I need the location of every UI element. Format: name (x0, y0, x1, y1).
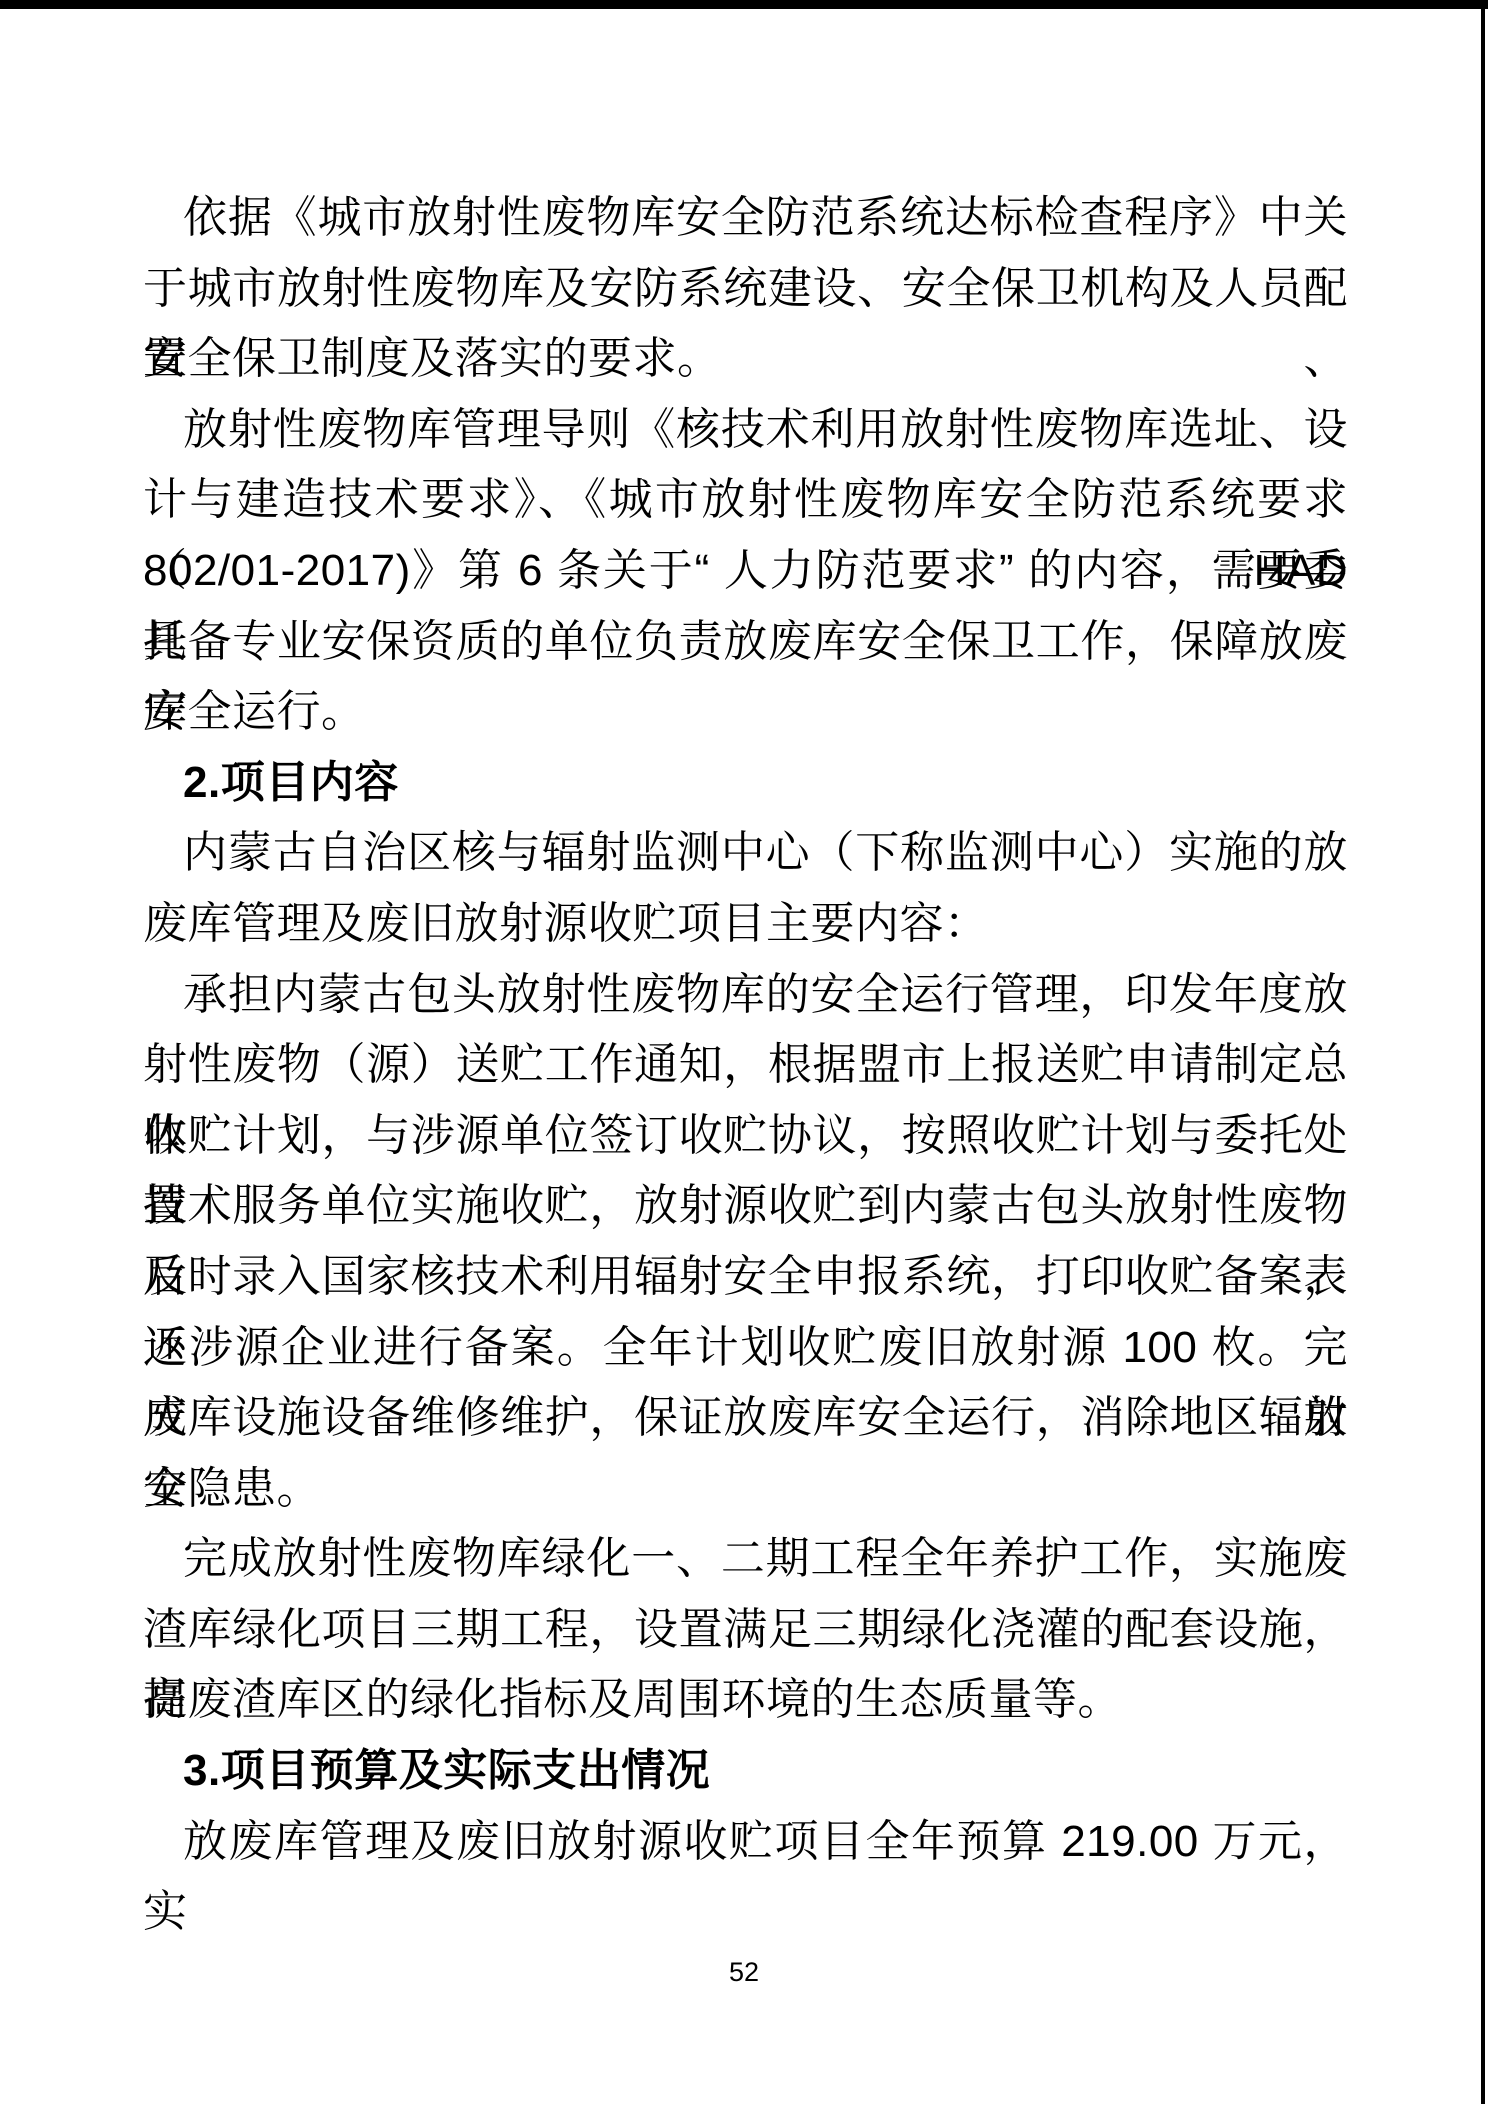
text-line: 放废库管理及废旧放射源收贮项目全年预算 219.00 万元，实 (143, 1807, 1348, 1878)
text-line: 安全运行。 (143, 677, 1348, 748)
page-right-border (1481, 0, 1485, 2104)
heading-line: 2.项目内容 (143, 748, 1348, 819)
text-line: 依据《城市放射性废物库安全防范系统达标检查程序》中关 (143, 183, 1348, 254)
text-block: 依据《城市放射性废物库安全防范系统达标检查程序》中关于城市放射性废物库及安防系统… (143, 183, 1348, 1877)
text-line: 具备专业安保资质的单位负责放废库安全保卫工作，保障放废库 (143, 607, 1348, 678)
text-line: 渣库绿化项目三期工程，设置满足三期绿化浇灌的配套设施，提 (143, 1595, 1348, 1666)
text-line: 全隐患。 (143, 1454, 1348, 1525)
text-line: 内蒙古自治区核与辐射监测中心（下称监测中心）实施的放 (143, 818, 1348, 889)
text-line: 完成放射性废物库绿化一、二期工程全年养护工作，实施废 (143, 1524, 1348, 1595)
text-line: 及时录入国家核技术利用辐射安全申报系统，打印收贮备案表返 (143, 1242, 1348, 1313)
page-top-border (0, 0, 1488, 9)
text-line: 于城市放射性废物库及安防系统建设、安全保卫机构及人员配置、 (143, 254, 1348, 325)
text-line: 承担内蒙古包头放射性废物库的安全运行管理，印发年度放 (143, 960, 1348, 1031)
text-line: 计与建造技术要求》、《城市放射性废物库安全防范系统要求（HAD (143, 465, 1348, 536)
text-line: 技术服务单位实施收贮，放射源收贮到内蒙古包头放射性废物后， (143, 1171, 1348, 1242)
text-line: 废库设施设备维修维护，保证放废库安全运行，消除地区辐射安 (143, 1383, 1348, 1454)
text-line: 收贮计划，与涉源单位签订收贮协议，按照收贮计划与委托处置 (143, 1101, 1348, 1172)
text-line: 802/01-2017)》第 6 条关于“ 人力防范要求” 的内容，需要委托 (143, 536, 1348, 607)
text-line: 还涉源企业进行备案。全年计划收贮废旧放射源 100 枚。完成放 (143, 1313, 1348, 1384)
text-line: 高废渣库区的绿化指标及周围环境的生态质量等。 (143, 1665, 1348, 1736)
text-line: 射性废物（源）送贮工作通知，根据盟市上报送贮申请制定总体 (143, 1030, 1348, 1101)
page-number: 52 (0, 1956, 1488, 1988)
heading-line: 3.项目预算及实际支出情况 (143, 1736, 1348, 1807)
text-line: 放射性废物库管理导则《核技术利用放射性废物库选址、设 (143, 395, 1348, 466)
text-line: 废库管理及废旧放射源收贮项目主要内容： (143, 889, 1348, 960)
